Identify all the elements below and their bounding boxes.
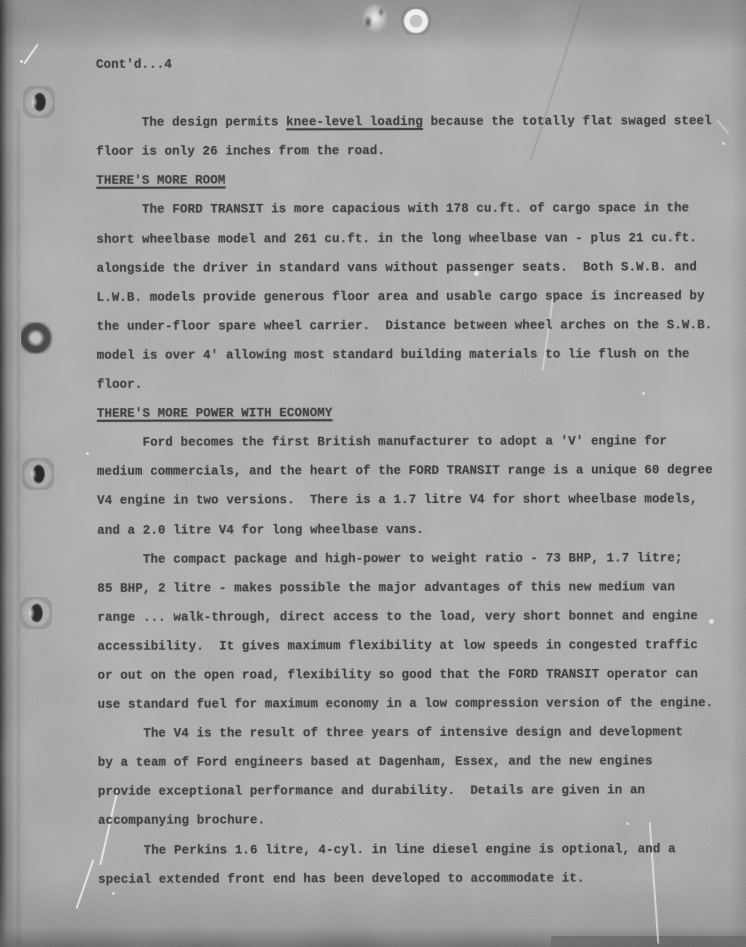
- underlined-text: THERE'S MORE ROOM: [96, 174, 225, 188]
- text-line: alongside the driver in standard vans wi…: [96, 253, 736, 284]
- text-segment: The design permits: [96, 116, 286, 130]
- text-line: V4 engine in two versions. There is a 1.…: [97, 486, 737, 517]
- dust-specks: [20, 60, 23, 63]
- text-line: accessibility. It gives maximum flexibil…: [97, 631, 737, 662]
- text-line: medium commercials, and the heart of the…: [97, 456, 737, 487]
- punch-hole: [22, 458, 54, 490]
- text-line: use standard fuel for maximum economy in…: [98, 689, 738, 720]
- typewritten-text: Cont'd...4 The design permits knee-level…: [96, 49, 738, 894]
- text-segment: provide exceptional performance and dura…: [98, 784, 645, 799]
- ink-smudge: [356, 0, 394, 40]
- text-line: Ford becomes the first British manufactu…: [97, 427, 737, 458]
- text-line: THERE'S MORE ROOM: [96, 166, 736, 197]
- text-segment: the under-floor spare wheel carrier. Dis…: [97, 318, 713, 334]
- text-line: L.W.B. models provide generous floor are…: [97, 282, 737, 313]
- underlined-text: THERE'S MORE POWER WITH ECONOMY: [97, 406, 333, 421]
- text-segment: Ford becomes the first British manufactu…: [97, 435, 667, 450]
- text-segment: by a team of Ford engineers based at Dag…: [98, 755, 653, 770]
- text-line: The FORD TRANSIT is more capacious with …: [96, 195, 736, 226]
- text-segment: The Perkins 1.6 litre, 4-cyl. in line di…: [98, 842, 676, 858]
- text-segment: or out on the open road, flexibility so …: [98, 667, 699, 683]
- text-line: 85 BHP, 2 litre - makes possible the maj…: [97, 573, 737, 604]
- punch-hole: [20, 597, 52, 629]
- scanned-document-page: Cont'd...4 The design permits knee-level…: [0, 0, 746, 947]
- text-segment: L.W.B. models provide generous floor are…: [97, 289, 705, 305]
- text-line: The V4 is the result of three years of i…: [98, 718, 738, 749]
- ring-mark: [401, 7, 431, 35]
- underlined-text: knee-level loading: [286, 115, 423, 129]
- text-line: The Perkins 1.6 litre, 4-cyl. in line di…: [98, 835, 738, 866]
- text-line: by a team of Ford engineers based at Dag…: [98, 747, 738, 778]
- text-line: The design permits knee-level loading be…: [96, 107, 736, 138]
- scratch-top-left: [23, 44, 38, 65]
- text-segment: model is over 4' allowing most standard …: [97, 347, 690, 363]
- text-segment: Cont'd...4: [96, 58, 172, 72]
- text-line: accompanying brochure.: [98, 806, 738, 837]
- text-line: provide exceptional performance and dura…: [98, 777, 738, 808]
- text-segment: floor.: [97, 378, 143, 392]
- text-line: model is over 4' allowing most standard …: [97, 340, 737, 371]
- scratch-bottom-left-2: [76, 859, 95, 909]
- text-line: floor is only 26 inches from the road.: [96, 136, 736, 167]
- text-segment: and a 2.0 litre V4 for long wheelbase va…: [97, 522, 424, 537]
- text-segment: The FORD TRANSIT is more capacious with …: [96, 202, 689, 218]
- text-line: [96, 78, 736, 109]
- text-segment: floor is only 26 inches from the road.: [96, 144, 385, 159]
- text-segment: 85 BHP, 2 litre - makes possible the maj…: [97, 580, 675, 596]
- punch-hole: [21, 322, 53, 354]
- text-segment: V4 engine in two versions. There is a 1.…: [97, 493, 698, 509]
- text-segment: The compact package and high-power to we…: [97, 551, 682, 567]
- text-line: THERE'S MORE POWER WITH ECONOMY: [97, 398, 737, 429]
- text-line: or out on the open road, flexibility so …: [97, 660, 737, 691]
- scan-edge-bottom-strip: [551, 936, 746, 947]
- paper-fold-line: [17, 110, 20, 947]
- text-segment: accompanying brochure.: [98, 814, 265, 828]
- text-line: short wheelbase model and 261 cu.ft. in …: [96, 224, 736, 255]
- text-segment: special extended front end has been deve…: [98, 871, 585, 886]
- text-segment: medium commercials, and the heart of the…: [97, 464, 713, 480]
- text-line: The compact package and high-power to we…: [97, 544, 737, 575]
- text-segment: The V4 is the result of three years of i…: [98, 725, 683, 741]
- text-line: Cont'd...4: [96, 49, 736, 80]
- text-line: the under-floor spare wheel carrier. Dis…: [97, 311, 737, 342]
- text-segment: because the totally flat swaged steel: [423, 114, 712, 129]
- text-segment: accessibility. It gives maximum flexibil…: [97, 638, 698, 654]
- text-segment: short wheelbase model and 261 cu.ft. in …: [96, 231, 697, 247]
- text-segment: range ... walk-through, direct access to…: [97, 609, 698, 625]
- text-segment: alongside the driver in standard vans wi…: [96, 260, 697, 276]
- text-line: special extended front end has been deve…: [98, 864, 738, 895]
- text-line: and a 2.0 litre V4 for long wheelbase va…: [97, 515, 737, 546]
- text-line: range ... walk-through, direct access to…: [97, 602, 737, 633]
- text-line: floor.: [97, 369, 737, 400]
- punch-hole: [23, 86, 55, 118]
- text-segment: use standard fuel for maximum economy in…: [98, 696, 714, 712]
